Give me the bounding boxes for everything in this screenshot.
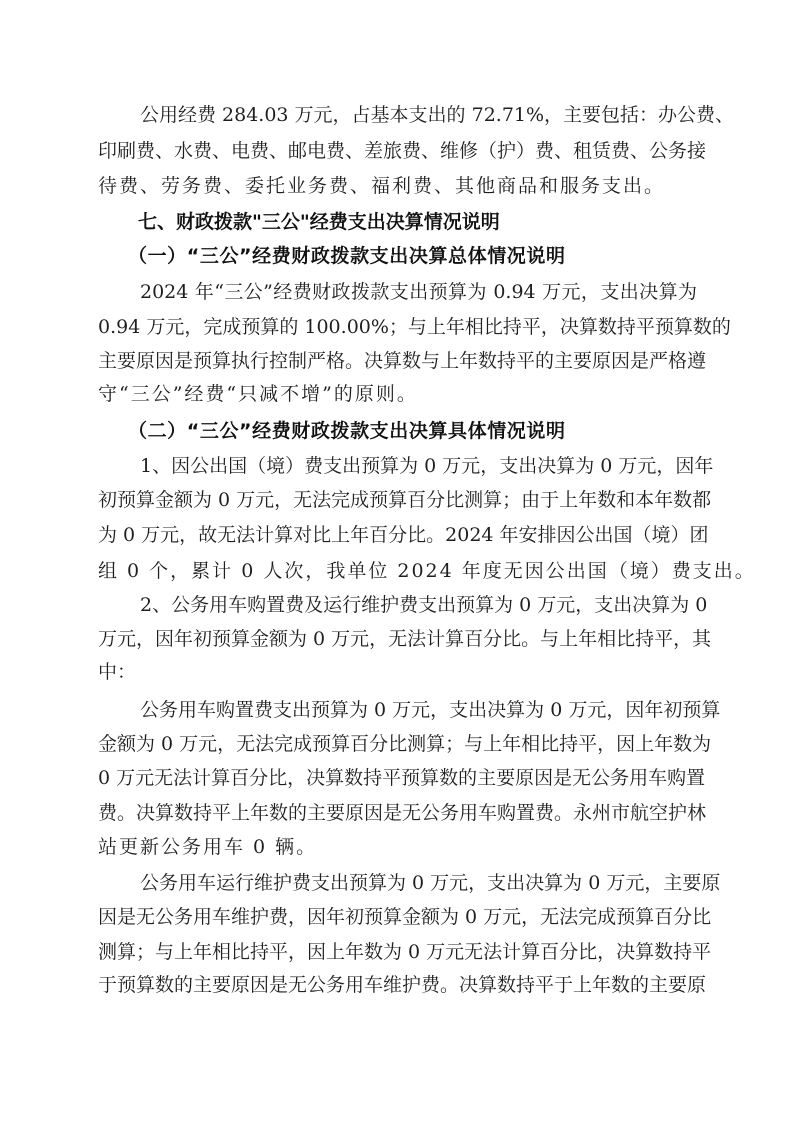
subsection-heading: （一）“三公”经费财政拨款支出决算总体情况说明 [128,241,565,271]
body-line: 金额为 0 万元，无法完成预算百分比测算；与上年相比持平，因上年数为 [98,729,697,759]
document-page: 公用经费 284.03 万元，占基本支出的 72.71%，主要包括：办公费、 印… [0,0,793,1122]
body-line: 费。决算数持平上年数的主要原因是无公务用车购置费。永州市航空护林 [98,798,697,828]
body-line: 万元，因年初预算金额为 0 万元，无法计算百分比。与上年相比持平，其 [98,624,697,654]
body-line: 初预算金额为 0 万元，无法完成预算百分比测算；由于上年数和本年数都 [98,485,697,515]
body-line: 中： [98,657,136,687]
body-line: 为 0 万元，故无法计算对比上年百分比。2024 年安排因公出国（境）团 [98,520,697,550]
body-line: 待费、劳务费、委托业务费、福利费、其他商品和服务支出。 [98,171,665,201]
body-line: 测算；与上年相比持平，因上年数为 0 万元无法计算百分比，决算数持平 [98,937,697,967]
section-heading: 七、财政拨款"三公"经费支出决算情况说明 [138,207,492,237]
body-line: 主要原因是预算执行控制严格。决算数与上年数持平的主要原因是严格遵 [98,346,697,376]
body-line: 公务用车运行维护费支出预算为 0 万元，支出决算为 0 万元，主要原 [140,868,697,898]
body-line: 0.94 万元，完成预算的 100.00%；与上年相比持平，决算数持平预算数的 [98,312,697,342]
body-line: 0 万元无法计算百分比，决算数持平预算数的主要原因是无公务用车购置 [98,763,697,793]
body-line: 印刷费、水费、电费、邮电费、差旅费、维修（护）费、租赁费、公务接 [98,136,697,166]
body-line: 于预算数的主要原因是无公务用车维护费。决算数持平于上年数的主要原 [98,970,697,1000]
body-line: 公务用车购置费支出预算为 0 万元，支出决算为 0 万元，因年初预算 [140,695,697,725]
body-line: 站更新公务用车 0 辆。 [98,832,317,862]
body-line: 1、因公出国（境）费支出预算为 0 万元，支出决算为 0 万元，因年 [140,451,697,481]
body-line: 2、公务用车购置费及运行维护费支出预算为 0 万元，支出决算为 0 [140,590,697,620]
body-line: 守“三公”经费“只减不增”的原则。 [98,379,418,409]
body-line: 公用经费 284.03 万元，占基本支出的 72.71%，主要包括：办公费、 [140,100,697,130]
body-line: 因是无公务用车维护费，因年初预算金额为 0 万元，无法完成预算百分比 [98,902,697,932]
subsection-heading: （二）“三公”经费财政拨款支出决算具体情况说明 [128,416,565,446]
body-line: 组 0 个，累计 0 人次，我单位 2024 年度无因公出国（境）费支出。 [98,556,756,586]
body-line: 2024 年“三公”经费财政拨款支出预算为 0.94 万元，支出决算为 [140,277,697,307]
